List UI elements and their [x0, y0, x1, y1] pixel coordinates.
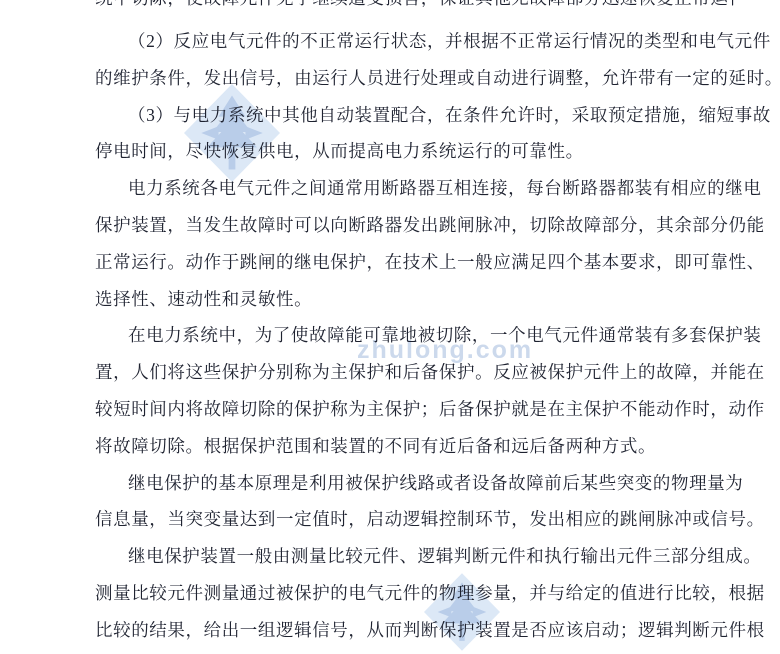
document-text: 统中切除，使故障元件免于继续遭受损害，保证其他无故障部分迅速恢复正常运行。 （2… — [0, 0, 780, 654]
text-line: 信息量，当突变量达到一定值时，启动逻辑控制环节，发出相应的跳闸脉冲或信号。 — [95, 501, 735, 538]
clipped-top-text-line: 统中切除，使故障元件免于继续遭受损害，保证其他无故障部分迅速恢复正常运行。 — [95, 0, 735, 7]
text-line: 继电保护的基本原理是利用被保护线路或者设备故障前后某些突变的物理量为 — [95, 465, 735, 502]
text-line: 将故障切除。根据保护范围和装置的不同有近后备和远后备两种方式。 — [95, 428, 735, 465]
text-line: 的维护条件，发出信号，由运行人员进行处理或自动进行调整，允许带有一定的延时。 — [95, 60, 735, 97]
text-line: 测量比较元件测量通过被保护的电气元件的物理参量，并与给定的值进行比较，根据 — [95, 575, 735, 612]
body-text-block: （2）反应电气元件的不正常运行状态，并根据不正常运行情况的类型和电气元件的维护条… — [95, 23, 735, 649]
text-line: 比较的结果，给出一组逻辑信号，从而判断保护装置是否应该启动；逻辑判断元件根 — [95, 612, 735, 649]
text-line: （3）与电力系统中其他自动装置配合，在条件允许时，采取预定措施，缩短事故 — [95, 97, 735, 134]
text-line: 继电保护装置一般由测量比较元件、逻辑判断元件和执行输出元件三部分组成。 — [95, 538, 735, 575]
text-line: 停电时间，尽快恢复供电，从而提高电力系统运行的可靠性。 — [95, 133, 735, 170]
text-line: 在电力系统中，为了使故障能可靠地被切除，一个电气元件通常装有多套保护装 — [95, 317, 735, 354]
text-line: 较短时间内将故障切除的保护称为主保护；后备保护就是在主保护不能动作时，动作 — [95, 391, 735, 428]
text-line: 正常运行。动作于跳闸的继电保护，在技术上一般应满足四个基本要求，即可靠性、 — [95, 244, 735, 281]
text-line: 选择性、速动性和灵敏性。 — [95, 281, 735, 318]
text-line: 电力系统各电气元件之间通常用断路器互相连接，每台断路器都装有相应的继电 — [95, 170, 735, 207]
text-line: （2）反应电气元件的不正常运行状态，并根据不正常运行情况的类型和电气元件 — [95, 23, 735, 60]
text-line: 保护装置，当发生故障时可以向断路器发出跳闸脉冲，切除故障部分，其余部分仍能 — [95, 207, 735, 244]
text-line: 置，人们将这些保护分别称为主保护和后备保护。反应被保护元件上的故障，并能在 — [95, 354, 735, 391]
document-page: zhulong.com 统中切除，使故障元件免于继续遭受损害，保证其他无故障部分… — [0, 0, 780, 654]
